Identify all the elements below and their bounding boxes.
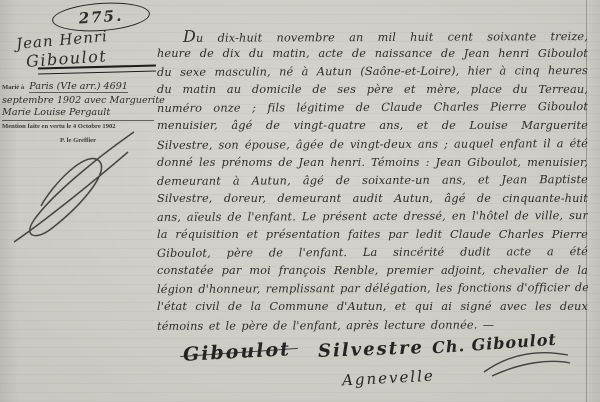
body-line: du sexe masculin, né à Autun (Saône-et-L… [157,62,588,82]
mention-printed-marie-a: Marié à [2,84,24,91]
signature-official: Agnevelle [342,367,436,390]
body-line: constatée par moi françois Renble, premi… [157,262,588,280]
signature-silvestre: Silvestre [318,337,425,362]
margin-column: 275. Jean Henri Giboulot Marié à Paris (… [0,0,155,402]
body-line: heure de dix du matin, acte de naissance… [157,45,588,63]
body-line: Silvestre, son épouse, âgée de vingt-deu… [157,135,588,155]
mention-date-spouse: septembre 1902 avec Marguerite [2,95,154,108]
body-line: donné les prénoms de Jean henri. Témoins… [157,154,588,172]
body-line: menuisier, âgé de vingt-quatre ans, et d… [157,117,588,135]
body-line: Du dix-huit novembre an mil huit cent so… [157,26,588,46]
body-line: l'état civil de la Commune d'Autun, et q… [157,298,588,316]
mention-place-number: Paris (VIe arr.) 4691 [29,81,128,93]
body-line: du matin au domicile de ses père et mère… [157,81,588,99]
body-line: demeurant à Autun, âgé de soixante-un an… [157,171,588,191]
body-line: numéro onze ; fils légitime de Claude Ch… [157,98,588,118]
scanned-birth-record: { "page": { "description": "Acte de nais… [0,0,600,402]
body-line: ans, aïeuls de l'enfant. Le présent acte… [157,207,588,227]
body-line: Silvestre, doreur, demeurant audit Autun… [157,190,588,208]
body-line: légion d'honneur, remplissant par déléga… [157,279,588,299]
act-body-text: Du dix-huit novembre an mil huit cent so… [157,27,588,335]
body-line: la réquisition et présentation faites pa… [157,226,588,244]
body-line: Giboulot, père de l'enfant. La sincérité… [157,243,588,263]
signature-end-flourish [482,348,574,378]
clerk-paraph-flourish [6,126,146,246]
mention-spouse-names: Marie Louise Pergault [2,107,154,121]
